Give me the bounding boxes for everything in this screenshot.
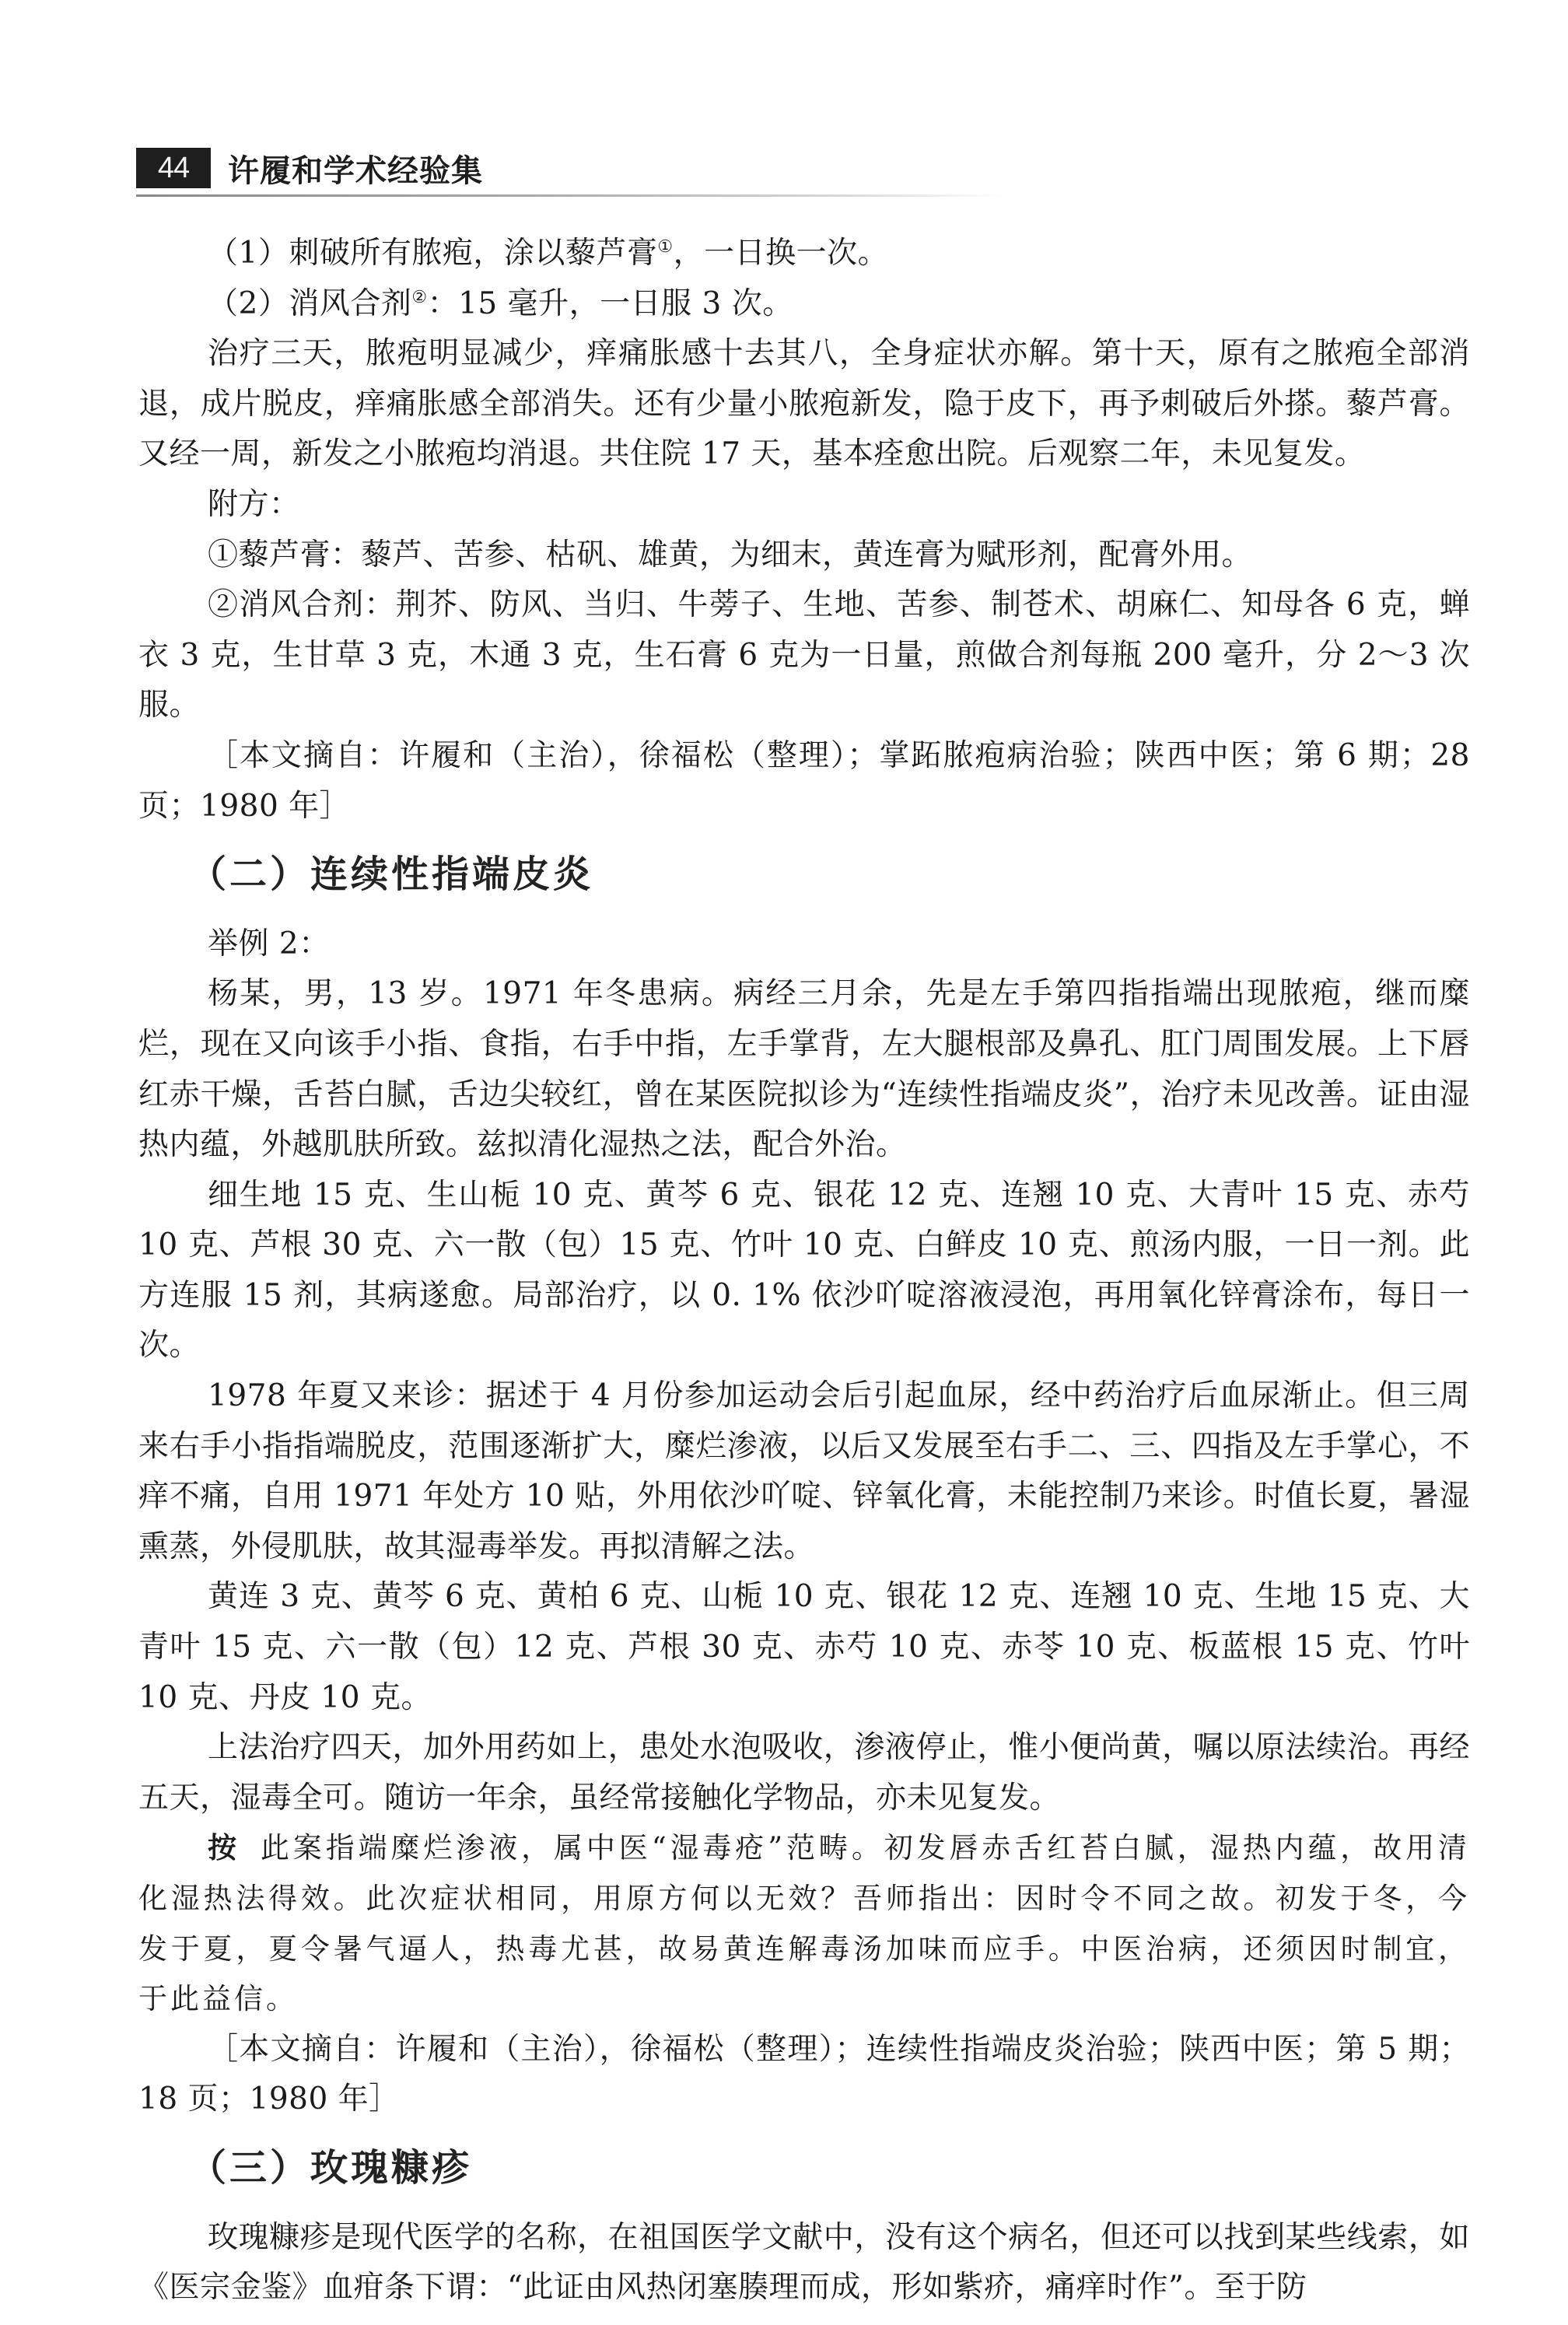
formula-1: ①藜芦膏：藜芦、苦参、枯矾、雄黄，为细末，黄连膏为赋形剂，配膏外用。 (138, 530, 1470, 581)
commentary-lead: 按 (208, 1831, 237, 1865)
page-number: 44 (136, 148, 211, 188)
appendix-label: 附方： (138, 480, 1470, 530)
section-3-intro: 玫瑰糠疹是现代医学的名称，在祖国医学文献中，没有这个病名，但还可以找到某些线索，… (138, 2213, 1470, 2313)
book-title: 许履和学术经验集 (228, 146, 483, 191)
citation-1: ［本文摘自：许履和（主治），徐福松（整理）；掌跖脓疱病治验；陕西中医；第 6 期… (138, 731, 1470, 832)
commentary-text: 此案指端糜烂渗液，属中医“湿毒疮”范畴。初发唇赤舌红苔白腻，湿热内蕴，故用清化湿… (138, 1831, 1470, 2015)
treatment-step-2: （2）消风合剂②：15 毫升，一日服 3 次。 (138, 279, 1470, 330)
treatment-step-1-text: （1）刺破所有脓疱，涂以藜芦膏 (208, 236, 657, 271)
formula-2: ②消风合剂：荆芥、防风、当归、牛蒡子、生地、苦参、制苍术、胡麻仁、知母各 6 克… (138, 580, 1470, 731)
treatment-step-1: （1）刺破所有脓疱，涂以藜芦膏①，一日换一次。 (138, 229, 1470, 279)
page-body: （1）刺破所有脓疱，涂以藜芦膏①，一日换一次。 （2）消风合剂②：15 毫升，一… (138, 229, 1470, 2313)
treatment-step-1-tail: ，一日换一次。 (674, 236, 889, 271)
case-history: 杨某，男，13 岁。1971 年冬患病。病经三月余，先是左手第四指指端出现脓疱，… (138, 969, 1470, 1170)
treatment-step-2-text: （2）消风合剂 (208, 286, 411, 321)
case-label: 举例 2： (138, 919, 1470, 970)
recurrence: 1978 年夏又来诊：据述于 4 月份参加运动会后引起血尿，经中药治疗后血尿渐止… (138, 1371, 1470, 1572)
citation-2: ［本文摘自：许履和（主治），徐福松（整理）；连续性指端皮炎治验；陕西中医；第 5… (138, 2025, 1470, 2125)
section-heading-3: （三）玫瑰糠疹 (138, 2143, 1470, 2194)
section-heading-2: （二）连续性指端皮炎 (138, 849, 1470, 900)
footnote-marker-2: ② (411, 288, 427, 307)
treatment-outcome: 治疗三天，脓疱明显减少，痒痛胀感十去其八，全身症状亦解。第十天，原有之脓疱全部消… (138, 329, 1470, 480)
header-rule (136, 194, 1007, 197)
follow-up: 上法治疗四天，加外用药如上，患处水泡吸收，渗液停止，惟小便尚黄，嘱以原法续治。再… (138, 1723, 1470, 1823)
running-header: 44 许履和学术经验集 (136, 148, 483, 188)
prescription-2: 黄连 3 克、黄芩 6 克、黄柏 6 克、山栀 10 克、银花 12 克、连翘 … (138, 1572, 1470, 1723)
prescription-1: 细生地 15 克、生山栀 10 克、黄芩 6 克、银花 12 克、连翘 10 克… (138, 1171, 1470, 1371)
footnote-marker-1: ① (657, 237, 673, 257)
treatment-step-2-tail: ：15 毫升，一日服 3 次。 (428, 286, 793, 321)
commentary-note: 按此案指端糜烂渗液，属中医“湿毒疮”范畴。初发唇赤舌红苔白腻，湿热内蕴，故用清化… (138, 1823, 1470, 2024)
